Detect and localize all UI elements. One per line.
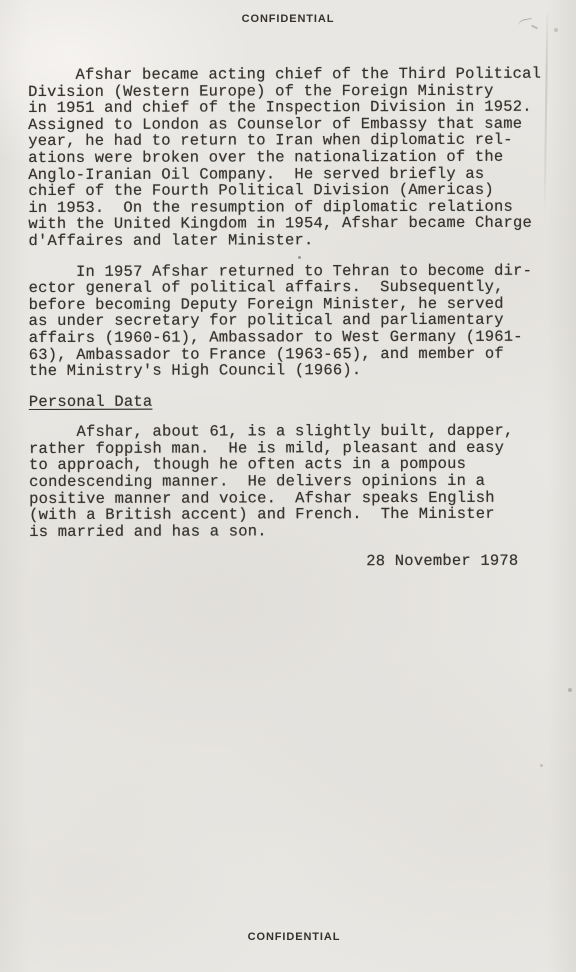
paragraph-career-2: In 1957 Afshar returned to Tehran to bec… xyxy=(29,262,564,380)
paragraph-career-1: Afshar became acting chief of the Third … xyxy=(28,66,563,250)
scanned-document-page: CONFIDENTIAL Afshar became acting chief … xyxy=(0,0,576,972)
scan-artifact-speck xyxy=(568,688,572,692)
scan-artifact-speck xyxy=(540,764,543,767)
paragraph-personal-data: Afshar, about 61, is a slightly built, d… xyxy=(29,423,564,541)
scan-artifact-pencil-mark xyxy=(554,28,558,32)
document-body: Afshar became acting chief of the Third … xyxy=(28,66,564,571)
document-date: 28 November 1978 xyxy=(366,553,564,570)
section-heading-personal-data: Personal Data xyxy=(29,392,564,410)
classification-footer: CONFIDENTIAL xyxy=(0,931,576,943)
scan-artifact-pencil-mark xyxy=(531,25,538,30)
classification-header: CONFIDENTIAL xyxy=(0,13,576,25)
